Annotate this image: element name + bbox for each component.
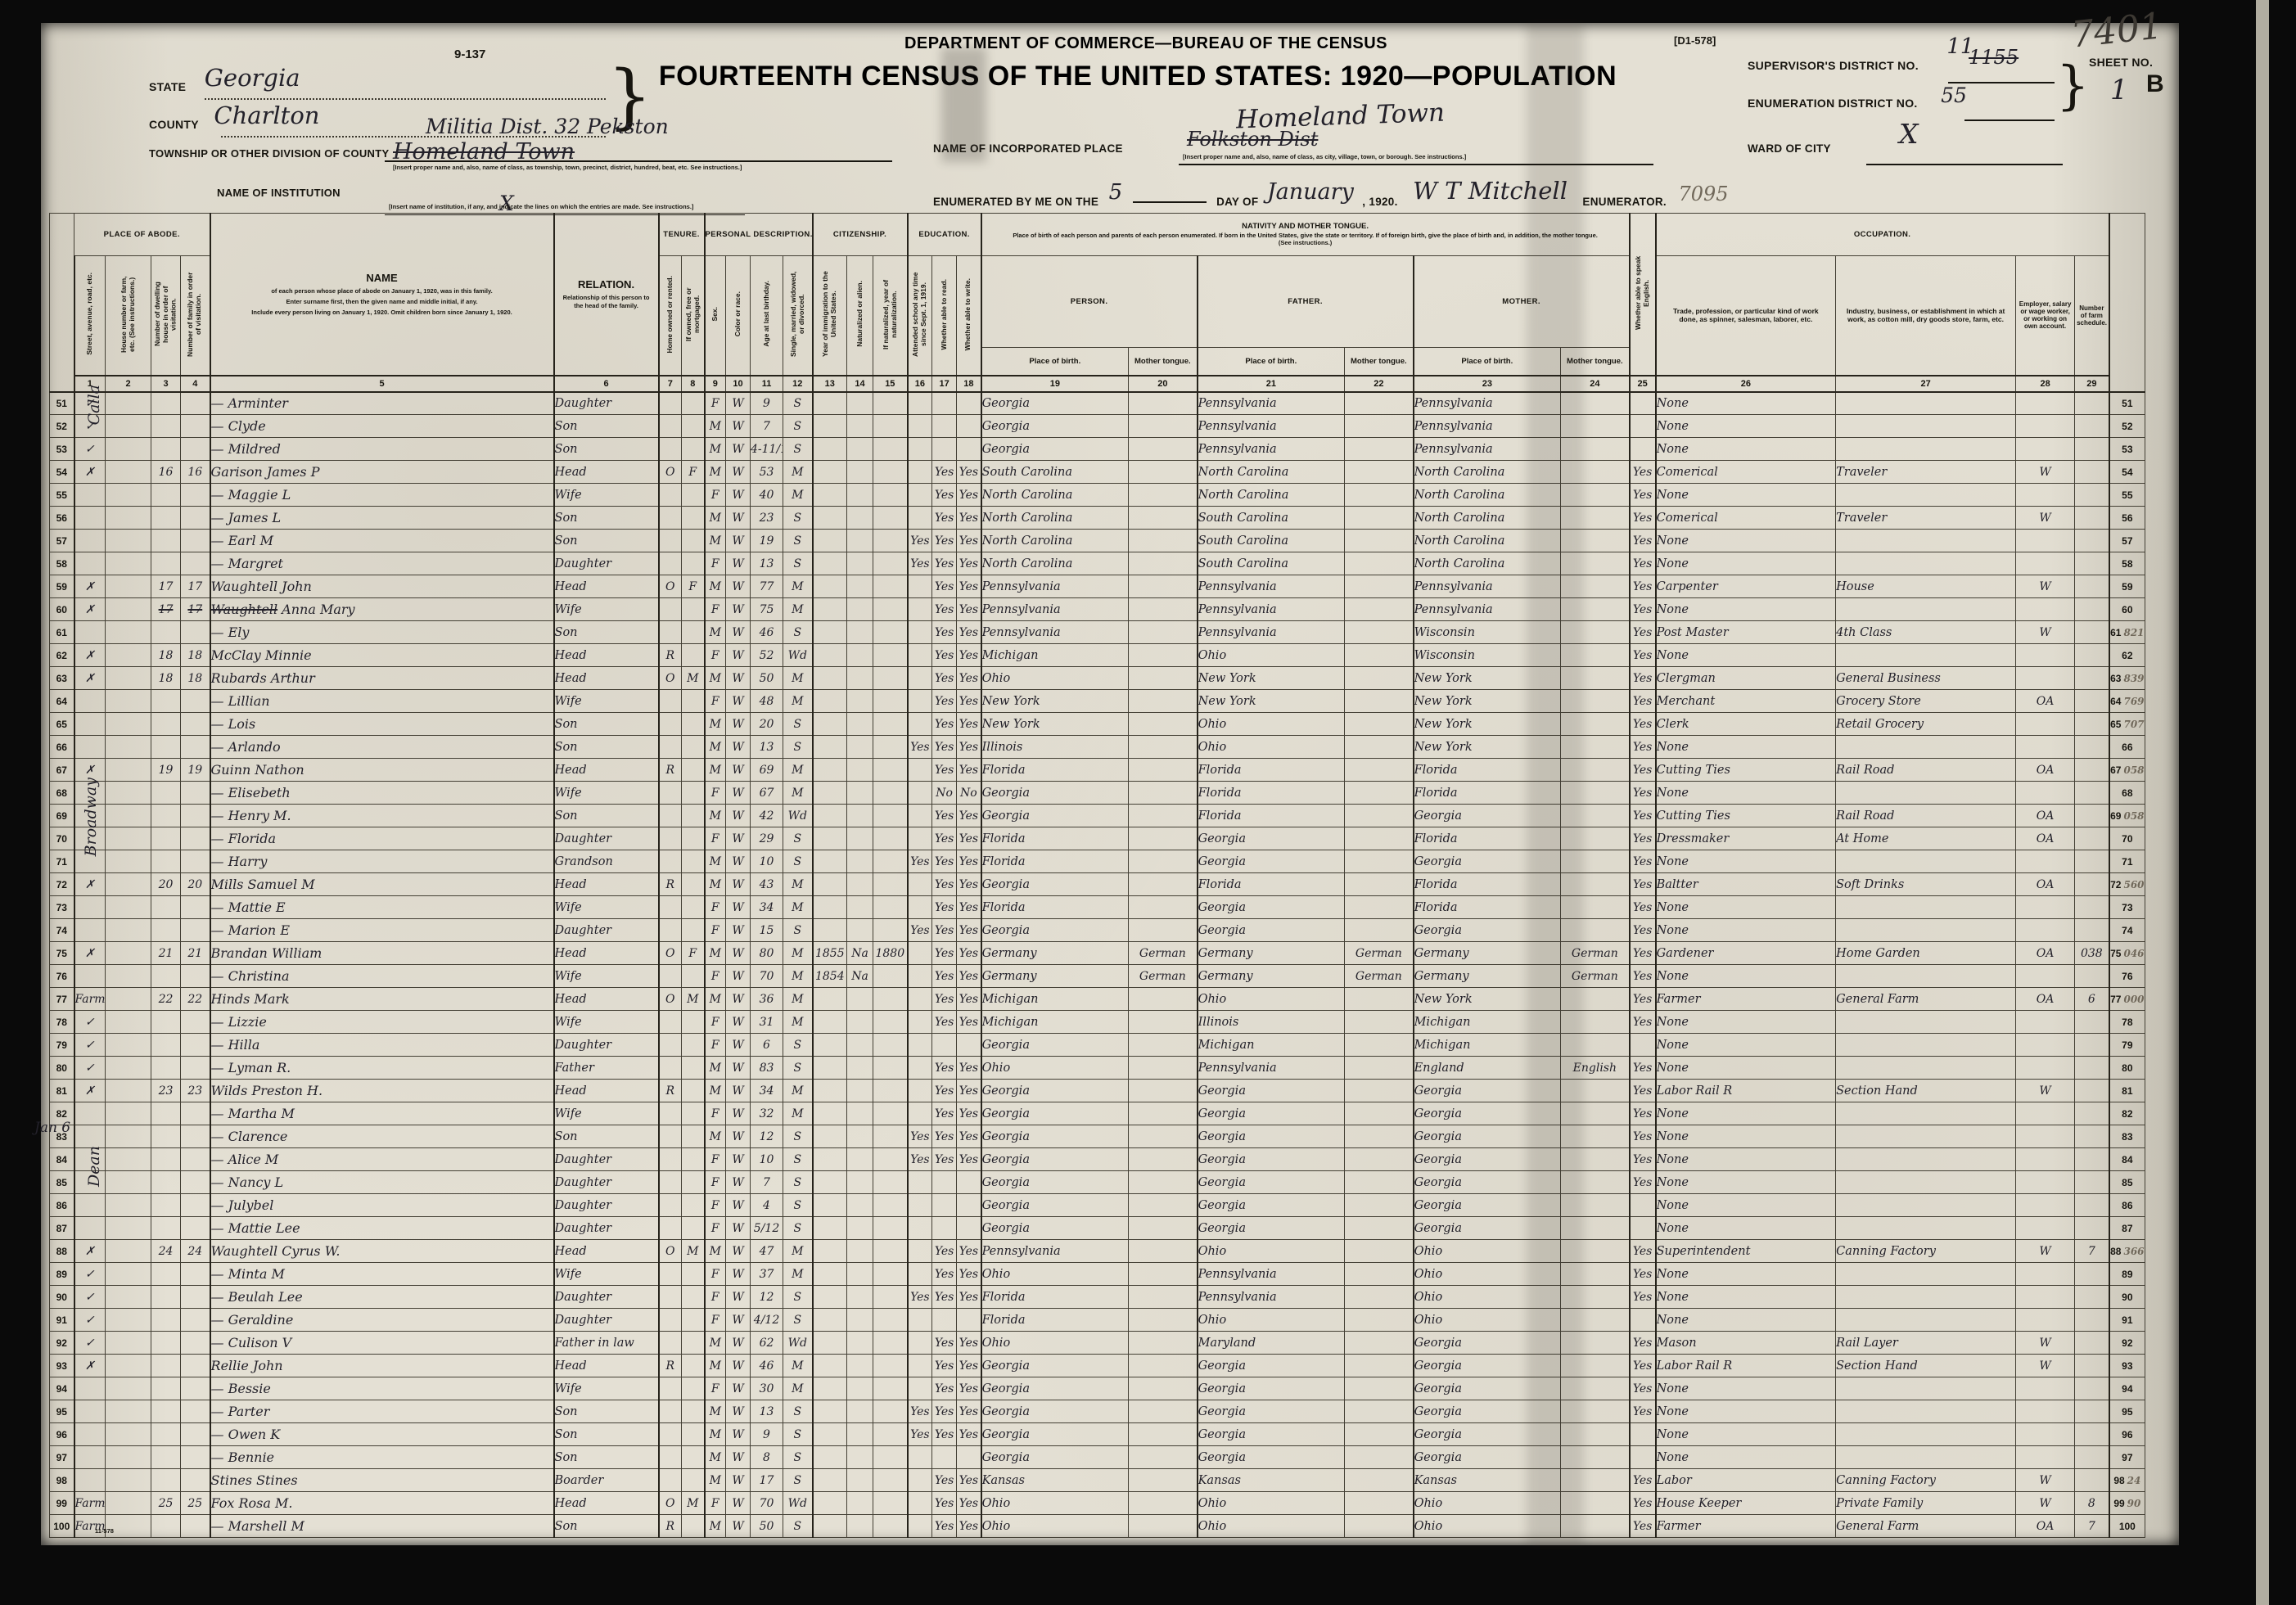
cell-col17: Yes: [932, 942, 957, 965]
cell-col5: — Lois: [210, 713, 554, 736]
cell-col1: [74, 1125, 106, 1148]
cell-col5: — Arlando: [210, 736, 554, 759]
cell-col25: Yes: [1630, 667, 1656, 690]
cell-col11: 10: [751, 850, 783, 873]
cell-col12: S: [783, 438, 813, 461]
cell-col16: [908, 1309, 932, 1332]
cell-col20: [1129, 1446, 1198, 1469]
cell-col20: [1129, 1240, 1198, 1263]
cell-col18: [957, 1194, 981, 1217]
cell-col7: [659, 736, 682, 759]
cell-col3: 21: [151, 942, 181, 965]
cell-col2: [106, 1148, 151, 1171]
cell-col29: [2075, 1423, 2109, 1446]
cell-col12: S: [783, 736, 813, 759]
line-number-right: 97: [2109, 1446, 2145, 1469]
cell-col4: [181, 736, 210, 759]
cell-col21: Pennsylvania: [1198, 415, 1345, 438]
cell-col17: [932, 415, 957, 438]
cell-col21: South Carolina: [1198, 552, 1345, 575]
cell-col29: [2075, 965, 2109, 988]
cell-col29: [2075, 438, 2109, 461]
cell-col26: Comerical: [1656, 507, 1836, 530]
cell-col26: Post Master: [1656, 621, 1836, 644]
cell-col10: W: [726, 1011, 751, 1034]
cell-col16: [908, 1057, 932, 1080]
line-number: 94: [50, 1377, 74, 1400]
cell-col8: [682, 507, 705, 530]
cell-col27: [1836, 1125, 2016, 1148]
line-number: 56: [50, 507, 74, 530]
cell-col28: [2016, 1125, 2075, 1148]
cell-col5: Fox Rosa M.: [210, 1492, 554, 1515]
cell-col26: None: [1656, 1263, 1836, 1286]
cell-col19: North Carolina: [981, 552, 1129, 575]
cell-col21: Georgia: [1198, 1125, 1345, 1148]
line-number-right: 67058: [2109, 759, 2145, 782]
cell-col26: Farmer: [1656, 1515, 1836, 1538]
cell-col2: [106, 392, 151, 415]
township-label: TOWNSHIP OR OTHER DIVISION OF COUNTY: [149, 147, 389, 160]
cell-col15: [873, 530, 908, 552]
cell-col16: Yes: [908, 530, 932, 552]
cell-col17: Yes: [932, 827, 957, 850]
cell-col25: Yes: [1630, 782, 1656, 805]
cell-col18: Yes: [957, 1492, 981, 1515]
cell-col15: [873, 850, 908, 873]
cell-col6: Son: [554, 1446, 659, 1469]
cell-col1: ✗: [74, 598, 106, 621]
cell-col28: [2016, 965, 2075, 988]
line-number: 67: [50, 759, 74, 782]
cell-col12: S: [783, 1423, 813, 1446]
col-header-8: If owned, free or mortgaged.: [682, 256, 705, 376]
cell-col8: F: [682, 461, 705, 484]
cell-col17: Yes: [932, 575, 957, 598]
cell-col20: [1129, 530, 1198, 552]
cell-col13: [813, 644, 847, 667]
cell-col9: M: [705, 942, 726, 965]
group-place-of-abode: PLACE OF ABODE.: [74, 214, 210, 256]
col-number-4: 4: [181, 376, 210, 392]
cell-col25: Yes: [1630, 805, 1656, 827]
cell-col9: F: [705, 552, 726, 575]
cell-col3: 17: [151, 575, 181, 598]
cell-col6: Head: [554, 1080, 659, 1102]
cell-col25: Yes: [1630, 919, 1656, 942]
cell-col7: O: [659, 1240, 682, 1263]
group-tenure: TENURE.: [659, 214, 705, 256]
cell-col7: O: [659, 942, 682, 965]
cell-col11: 29: [751, 827, 783, 850]
line-number: 58: [50, 552, 74, 575]
cell-col8: F: [682, 575, 705, 598]
cell-col27: [1836, 1194, 2016, 1217]
cell-col5: — Florida: [210, 827, 554, 850]
col-header-11: Age at last birthday.: [751, 256, 783, 376]
cell-col18: Yes: [957, 896, 981, 919]
line-number: 73: [50, 896, 74, 919]
cell-col8: M: [682, 1240, 705, 1263]
cell-col9: M: [705, 1332, 726, 1355]
cell-col12: M: [783, 873, 813, 896]
cell-col16: [908, 965, 932, 988]
cell-col8: [682, 1423, 705, 1446]
cell-col25: Yes: [1630, 1171, 1656, 1194]
cell-col11: 6: [751, 1034, 783, 1057]
cell-col22: [1345, 919, 1414, 942]
enumerated-prefix: ENUMERATED BY ME ON THE: [933, 196, 1098, 208]
cell-col14: [847, 1309, 873, 1332]
cell-col11: 15: [751, 919, 783, 942]
cell-col19: Georgia: [981, 805, 1129, 827]
line-number-right: 69058: [2109, 805, 2145, 827]
cell-col22: [1345, 1446, 1414, 1469]
cell-col22: [1345, 1515, 1414, 1538]
line-number-right: 78: [2109, 1011, 2145, 1034]
cell-col10: W: [726, 873, 751, 896]
cell-col8: M: [682, 667, 705, 690]
cell-col6: Son: [554, 438, 659, 461]
cell-col14: [847, 1286, 873, 1309]
cell-col14: [847, 1217, 873, 1240]
cell-col19: Georgia: [981, 873, 1129, 896]
cell-col17: Yes: [932, 461, 957, 484]
cell-col29: 6: [2075, 988, 2109, 1011]
cell-col14: [847, 873, 873, 896]
supervisor-line: [1948, 69, 2055, 83]
cell-col29: 7: [2075, 1515, 2109, 1538]
cell-col10: W: [726, 736, 751, 759]
cell-col5: — Beulah Lee: [210, 1286, 554, 1309]
cell-col18: [957, 1034, 981, 1057]
cell-col4: [181, 621, 210, 644]
cell-col20: [1129, 1011, 1198, 1034]
cell-col1: ✗: [74, 873, 106, 896]
cell-col21: Florida: [1198, 873, 1345, 896]
cell-col28: [2016, 1148, 2075, 1171]
cell-col21: Pennsylvania: [1198, 1286, 1345, 1309]
cell-col15: [873, 1102, 908, 1125]
cell-col2: [106, 1034, 151, 1057]
scan-streak-top: [941, 47, 986, 162]
cell-col20: [1129, 667, 1198, 690]
cell-col21: North Carolina: [1198, 484, 1345, 507]
cell-col19: Florida: [981, 1309, 1129, 1332]
cell-col29: [2075, 759, 2109, 782]
cell-col28: W: [2016, 507, 2075, 530]
cell-col22: [1345, 1171, 1414, 1194]
census-row-86: 86— JulybelDaughterFW4SGeorgiaGeorgiaGeo…: [50, 1194, 2145, 1217]
census-row-51: 51✓— ArminterDaughterFW9SGeorgiaPennsylv…: [50, 392, 2145, 415]
cell-col12: M: [783, 575, 813, 598]
cell-col10: W: [726, 1332, 751, 1355]
cell-col7: [659, 1400, 682, 1423]
cell-col3: 23: [151, 1080, 181, 1102]
cell-col28: [2016, 415, 2075, 438]
line-number-right: 88366: [2109, 1240, 2145, 1263]
cell-col22: [1345, 1377, 1414, 1400]
census-row-75: 75✗2121Brandan WilliamHeadOFMW80M1855Na1…: [50, 942, 2145, 965]
line-number: 62: [50, 644, 74, 667]
cell-col7: O: [659, 667, 682, 690]
cell-col14: [847, 805, 873, 827]
cell-col3: [151, 736, 181, 759]
line-number-right: 94: [2109, 1377, 2145, 1400]
cell-col3: [151, 1194, 181, 1217]
cell-col10: W: [726, 1102, 751, 1125]
cell-col6: Head: [554, 461, 659, 484]
cell-col6: Son: [554, 736, 659, 759]
institution-note: [Insert name of institution, if any, and…: [389, 204, 749, 211]
cell-col28: W: [2016, 621, 2075, 644]
cell-col18: Yes: [957, 598, 981, 621]
cell-col29: [2075, 736, 2109, 759]
cell-col6: Head: [554, 873, 659, 896]
cell-col21: Pennsylvania: [1198, 621, 1345, 644]
col-number-26: 26: [1656, 376, 1836, 392]
cell-col6: Daughter: [554, 392, 659, 415]
cell-col3: [151, 1057, 181, 1080]
cell-col28: [2016, 1377, 2075, 1400]
cell-col15: [873, 919, 908, 942]
line-number-right: 51: [2109, 392, 2145, 415]
cell-col4: [181, 415, 210, 438]
col-number-16: 16: [908, 376, 932, 392]
cell-col3: 19: [151, 759, 181, 782]
cell-col17: Yes: [932, 507, 957, 530]
cell-col10: W: [726, 1515, 751, 1538]
cell-col6: Wife: [554, 598, 659, 621]
cell-col4: [181, 805, 210, 827]
cell-col18: Yes: [957, 575, 981, 598]
census-row-65: 65— LoisSonMW20SYesYesNew YorkOhioNew Yo…: [50, 713, 2145, 736]
cell-col3: [151, 438, 181, 461]
cell-col4: [181, 965, 210, 988]
cell-col1: ✗: [74, 1355, 106, 1377]
cell-col11: 4/12: [751, 1309, 783, 1332]
col-number-20: 20: [1129, 376, 1198, 392]
cell-col4: [181, 1057, 210, 1080]
cell-col29: [2075, 392, 2109, 415]
cell-col17: [932, 1034, 957, 1057]
cell-col4: [181, 1469, 210, 1492]
cell-col29: 038: [2075, 942, 2109, 965]
cell-col4: [181, 713, 210, 736]
cell-col4: [181, 530, 210, 552]
cell-col3: [151, 713, 181, 736]
cell-col7: [659, 919, 682, 942]
col-number-9: 9: [705, 376, 726, 392]
cell-col22: [1345, 598, 1414, 621]
cell-col20: [1129, 644, 1198, 667]
cell-col5: — Lyman R.: [210, 1057, 554, 1080]
cell-col29: [2075, 507, 2109, 530]
cell-col10: W: [726, 667, 751, 690]
cell-col28: [2016, 484, 2075, 507]
cell-col7: R: [659, 759, 682, 782]
cell-col15: [873, 1492, 908, 1515]
cell-col29: [2075, 552, 2109, 575]
cell-col13: [813, 484, 847, 507]
cell-col28: [2016, 736, 2075, 759]
cell-col14: [847, 1492, 873, 1515]
cell-col26: Farmer: [1656, 988, 1836, 1011]
cell-col29: [2075, 1377, 2109, 1400]
cell-col14: [847, 1102, 873, 1125]
cell-col28: W: [2016, 575, 2075, 598]
cell-col6: Daughter: [554, 919, 659, 942]
census-row-90: 90✓— Beulah LeeDaughterFW12SYesYesYesFlo…: [50, 1286, 2145, 1309]
line-number: 65: [50, 713, 74, 736]
cell-col15: [873, 1217, 908, 1240]
col-header-22: Mother tongue.: [1345, 348, 1414, 376]
cell-col6: Grandson: [554, 850, 659, 873]
cell-col26: None: [1656, 782, 1836, 805]
cell-col7: R: [659, 873, 682, 896]
cell-col13: [813, 1102, 847, 1125]
cell-col12: M: [783, 1080, 813, 1102]
cell-col13: [813, 896, 847, 919]
cell-col16: [908, 713, 932, 736]
col-number-18: 18: [957, 376, 981, 392]
cell-col11: 52: [751, 644, 783, 667]
cell-col28: [2016, 1171, 2075, 1194]
cell-col27: [1836, 484, 2016, 507]
cell-col13: [813, 1355, 847, 1377]
cell-col26: None: [1656, 850, 1836, 873]
cell-col15: [873, 759, 908, 782]
cell-col21: Pennsylvania: [1198, 575, 1345, 598]
line-number: 95: [50, 1400, 74, 1423]
line-number: 72: [50, 873, 74, 896]
cell-col16: [908, 1355, 932, 1377]
cell-col26: None: [1656, 438, 1836, 461]
cell-col27: [1836, 1309, 2016, 1332]
cell-col22: [1345, 1492, 1414, 1515]
cell-col4: [181, 1286, 210, 1309]
district-brace: }: [2056, 56, 2090, 116]
cell-col8: [682, 759, 705, 782]
cell-col6: Son: [554, 415, 659, 438]
cell-col5: — Ely: [210, 621, 554, 644]
cell-col6: Daughter: [554, 1194, 659, 1217]
line-number: 84: [50, 1148, 74, 1171]
cell-col2: [106, 1240, 151, 1263]
group-education: EDUCATION.: [908, 214, 981, 256]
state-line: [205, 85, 606, 100]
line-number: 90: [50, 1286, 74, 1309]
cell-col5: — Mattie E: [210, 896, 554, 919]
cell-col9: F: [705, 1034, 726, 1057]
cell-col14: [847, 1034, 873, 1057]
cell-col8: [682, 1171, 705, 1194]
enumerated-month: January: [1267, 179, 1354, 205]
cell-col28: OA: [2016, 873, 2075, 896]
cell-col25: Yes: [1630, 1102, 1656, 1125]
cell-col25: [1630, 1217, 1656, 1240]
cell-col6: Head: [554, 1240, 659, 1263]
cell-col28: OA: [2016, 1515, 2075, 1538]
cell-col29: [2075, 1148, 2109, 1171]
cell-col16: [908, 1446, 932, 1469]
cell-col16: Yes: [908, 736, 932, 759]
census-row-60: 60✗1717Waughtell Anna MaryWifeFW75MYesYe…: [50, 598, 2145, 621]
cell-col4: [181, 1400, 210, 1423]
census-row-92: 92✓— Culison VFather in lawMW62WdYesYesO…: [50, 1332, 2145, 1355]
cell-col22: [1345, 667, 1414, 690]
cell-col9: F: [705, 484, 726, 507]
cell-col15: [873, 713, 908, 736]
cell-col4: [181, 1034, 210, 1057]
cell-col16: [908, 896, 932, 919]
cell-col11: 34: [751, 1080, 783, 1102]
cell-col17: Yes: [932, 896, 957, 919]
cell-col22: [1345, 1332, 1414, 1355]
cell-col13: [813, 1309, 847, 1332]
cell-col29: [2075, 1011, 2109, 1034]
enumeration-district-row: ENUMERATION DISTRICT NO. 55: [1748, 88, 1967, 112]
cell-col11: 8: [751, 1446, 783, 1469]
cell-col8: [682, 805, 705, 827]
cell-col16: [908, 1240, 932, 1263]
cell-col26: House Keeper: [1656, 1492, 1836, 1515]
cell-col7: [659, 1263, 682, 1286]
cell-col5: — Lizzie: [210, 1011, 554, 1034]
cell-col7: [659, 1057, 682, 1080]
cell-col3: [151, 1377, 181, 1400]
cell-col1: ✗: [74, 644, 106, 667]
cell-col29: [2075, 1400, 2109, 1423]
enumeration-district-value: 55: [1941, 83, 1967, 107]
cell-col4: [181, 919, 210, 942]
cell-col21: Georgia: [1198, 1446, 1345, 1469]
cell-col18: Yes: [957, 484, 981, 507]
cell-col18: Yes: [957, 1148, 981, 1171]
cell-col27: Canning Factory: [1836, 1469, 2016, 1492]
col-header-26: Trade, profession, or particular kind of…: [1656, 256, 1836, 376]
line-number-right: 9824: [2109, 1469, 2145, 1492]
cell-col19: Georgia: [981, 1171, 1129, 1194]
cell-col18: Yes: [957, 850, 981, 873]
col-number-11: 11: [751, 376, 783, 392]
enumerated-year: , 1920.: [1362, 196, 1397, 208]
cell-col4: [181, 1377, 210, 1400]
cell-col16: [908, 575, 932, 598]
cell-col13: [813, 415, 847, 438]
cell-col8: [682, 644, 705, 667]
cell-col11: 7: [751, 415, 783, 438]
census-row-100: 100Farm— Marshell MSonRMW50SYesYesOhioOh…: [50, 1515, 2145, 1538]
cell-col20: [1129, 1492, 1198, 1515]
ward-value: X: [1899, 118, 1919, 150]
cell-col16: [908, 667, 932, 690]
supervisor-label: SUPERVISOR'S DISTRICT NO.: [1748, 59, 1919, 72]
cell-col20: [1129, 507, 1198, 530]
cell-col10: W: [726, 919, 751, 942]
cell-col20: [1129, 1148, 1198, 1171]
cell-col17: Yes: [932, 805, 957, 827]
cell-col4: [181, 1263, 210, 1286]
cell-col19: Florida: [981, 827, 1129, 850]
cell-col15: [873, 575, 908, 598]
sheet-letter: B: [2146, 70, 2164, 98]
cell-col25: [1630, 1034, 1656, 1057]
cell-col15: [873, 1446, 908, 1469]
cell-col21: New York: [1198, 690, 1345, 713]
cell-col27: [1836, 1400, 2016, 1423]
cell-col19: Georgia: [981, 438, 1129, 461]
